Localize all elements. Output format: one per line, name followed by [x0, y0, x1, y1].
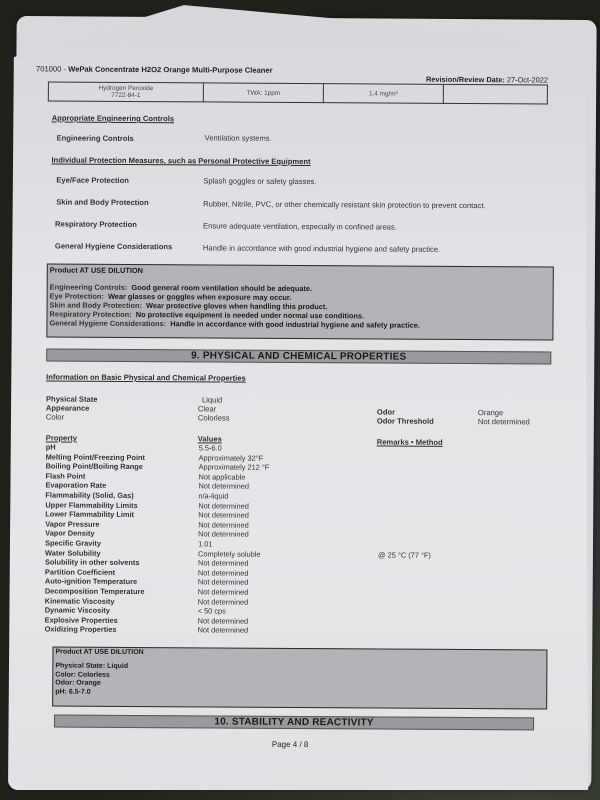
dilution-properties-line: pH: 6.5-7.0	[55, 688, 544, 699]
dilution-properties-title: Product AT USE DILUTION	[55, 649, 544, 660]
dilution-ppe-line: General Hygiene Considerations: Handle i…	[49, 318, 550, 330]
odor-value: Orange	[478, 408, 503, 417]
physical-state-label: Physical State	[46, 394, 98, 403]
dilution-ppe-title: Product AT USE DILUTION	[50, 265, 551, 277]
dilution-properties-box: Product AT USE DILUTION Physical State: …	[52, 646, 547, 709]
concentration-cell: 1.4 mg/m³	[323, 84, 443, 104]
table-row: Hydrogen Peroxide 7722-84-1 TWA: 1ppm 1.…	[48, 82, 547, 104]
table-row: Oxidizing PropertiesNot determined	[45, 625, 431, 637]
page-content: 701000 - WePak Concentrate H2O2 Orange M…	[0, 0, 600, 800]
color-value: Colorless	[198, 413, 230, 422]
ppe-label-respiratory: Respiratory Protection	[55, 220, 137, 229]
ppe-label-skin: Skin and Body Protection	[56, 198, 148, 208]
property-name: Oxidizing Properties	[45, 625, 198, 636]
page-number: Page 4 / 8	[272, 740, 309, 749]
physical-state-value: Liquid	[202, 395, 222, 404]
section-10-header: 10. STABILITY AND REACTIVITY	[54, 715, 534, 731]
chemical-cell: Hydrogen Peroxide 7722-84-1	[48, 82, 203, 102]
cas-number: 7722-84-1	[51, 91, 201, 99]
ppe-value-hygiene: Handle in accordance with good industria…	[203, 243, 440, 253]
engineering-value: Ventilation systems.	[205, 133, 272, 142]
engineering-label: Engineering Controls	[57, 134, 134, 143]
revision-date-value: 27-Oct-2022	[507, 75, 548, 84]
property-remarks: @ 25 °C (77 °F)	[378, 550, 431, 560]
product-name: WePak Concentrate H2O2 Orange Multi-Purp…	[68, 65, 273, 75]
appearance-value: Clear	[198, 404, 216, 413]
ppe-value-skin: Rubber, Nitrile, PVC, or other chemicall…	[203, 199, 485, 210]
properties-table: pH5.5-6.0Melting Point/Freezing PointApp…	[45, 442, 432, 636]
property-value: Not determined	[198, 626, 378, 637]
appearance-label: Appearance	[46, 403, 90, 412]
odor-label: Odor	[377, 407, 395, 416]
dilution-ppe-box: Product AT USE DILUTION Engineering Cont…	[46, 263, 553, 340]
values-column-header: Values	[198, 434, 222, 443]
product-code: 701000 -	[36, 64, 68, 73]
section-9-subheading: Information on Basic Physical and Chemic…	[46, 372, 246, 382]
ppe-value-respiratory: Ensure adequate ventilation, especially …	[203, 221, 397, 231]
revision-label: Revision/Review Date:	[426, 75, 505, 84]
ppe-label-hygiene: General Hygiene Considerations	[55, 242, 172, 252]
color-label: Color	[46, 412, 64, 421]
odor-threshold-label: Odor Threshold	[377, 416, 434, 425]
ppe-label-eye: Eye/Face Protection	[56, 176, 129, 185]
document-header-title: 701000 - WePak Concentrate H2O2 Orange M…	[36, 64, 273, 74]
ppe-value-eye: Splash goggles or safety glasses.	[203, 176, 316, 186]
odor-threshold-value: Not determined	[478, 417, 530, 426]
exposure-limits-table: Hydrogen Peroxide 7722-84-1 TWA: 1ppm 1.…	[48, 81, 548, 104]
engineering-heading: Appropriate Engineering Controls	[52, 113, 174, 123]
empty-cell	[443, 84, 547, 104]
section-9-header: 9. PHYSICAL AND CHEMICAL PROPERTIES	[46, 348, 551, 364]
limit-cell: TWA: 1ppm	[203, 83, 323, 103]
ppe-heading: Individual Protection Measures, such as …	[51, 155, 310, 166]
property-column-header: Property	[46, 433, 77, 442]
